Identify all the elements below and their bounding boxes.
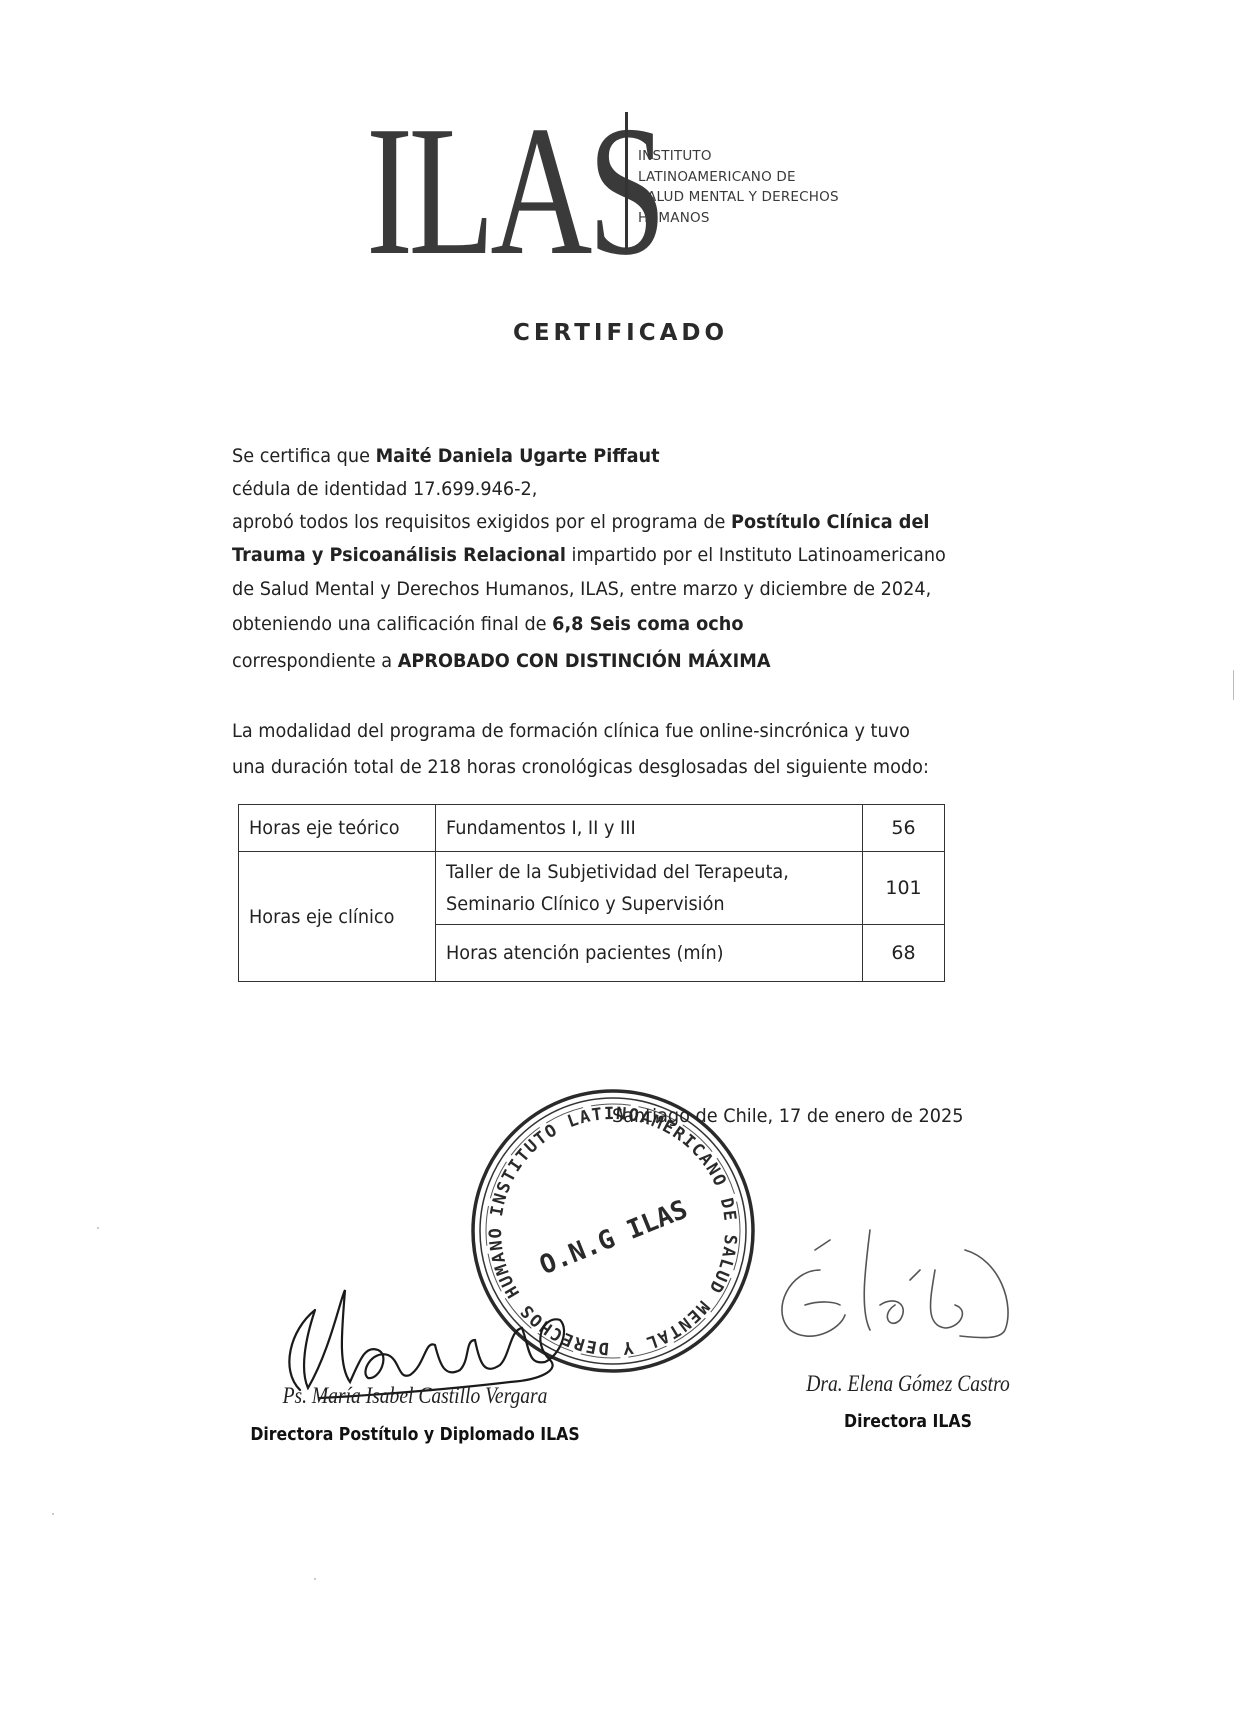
logo-subtitle-line: HUMANOS: [638, 208, 839, 229]
signature-left-icon: [260, 1270, 590, 1400]
scan-speck: [1233, 670, 1234, 700]
signatory-role-left: Directora Postítulo y Diplomado ILAS: [217, 1425, 613, 1445]
body-line-modality: La modalidad del programa de formación c…: [232, 720, 910, 742]
table-row: Horas eje clínico Taller de la Subjetivi…: [239, 852, 945, 925]
axis-cell: Horas eje clínico: [239, 852, 436, 982]
text: La modalidad del programa de formación c…: [232, 720, 910, 742]
text: impartido por el Instituto Latinoamerica…: [566, 544, 946, 566]
logo-subtitle-line: SALUD MENTAL Y DERECHOS: [638, 187, 839, 208]
activity-cell: Taller de la Subjetividad del Terapeuta,…: [436, 852, 863, 925]
body-line-institution: de Salud Mental y Derechos Humanos, ILAS…: [232, 578, 931, 600]
hours-cell: 101: [863, 852, 945, 925]
id-number-text: cédula de identidad 17.699.946-2,: [232, 478, 537, 500]
text: aprobó todos los requisitos exigidos por…: [232, 511, 731, 533]
body-line-certifies: Se certifica que Maité Daniela Ugarte Pi…: [232, 445, 660, 467]
logo-divider: [625, 112, 628, 249]
activity-cell: Fundamentos I, II y III: [436, 805, 863, 852]
body-line-program: aprobó todos los requisitos exigidos por…: [232, 511, 930, 533]
stamp-center-text: O.N.G ILAS: [536, 1195, 692, 1281]
signatory-role-right: Directora ILAS: [764, 1412, 1052, 1432]
body-line-duration: una duración total de 218 horas cronológ…: [232, 756, 929, 778]
body-line-distinction: correspondiente a APROBADO CON DISTINCIÓ…: [232, 650, 770, 672]
text: una duración total de 218 horas cronológ…: [232, 756, 929, 778]
scan-speck: [52, 1513, 54, 1515]
scan-speck: [314, 1578, 316, 1580]
ilas-logo-mark: ILAS: [366, 98, 662, 284]
axis-cell: Horas eje teórico: [239, 805, 436, 852]
hours-cell: 56: [863, 805, 945, 852]
text: de Salud Mental y Derechos Humanos, ILAS…: [232, 578, 931, 600]
body-line-id: cédula de identidad 17.699.946-2,: [232, 478, 537, 500]
text: Se certifica que: [232, 445, 376, 467]
logo-subtitle-line: LATINOAMERICANO DE: [638, 167, 839, 188]
program-name-part1: Postítulo Clínica del: [731, 511, 929, 533]
student-name: Maité Daniela Ugarte Piffaut: [376, 445, 660, 467]
scan-speck: [97, 1227, 99, 1229]
hours-cell: 68: [863, 925, 945, 982]
body-line-grade: obteniendo una calificación final de 6,8…: [232, 613, 744, 635]
hours-table: Horas eje teórico Fundamentos I, II y II…: [238, 804, 945, 982]
distinction: APROBADO CON DISTINCIÓN MÁXIMA: [398, 650, 771, 672]
text: obteniendo una calificación final de: [232, 613, 552, 635]
signature-right-icon: [760, 1210, 1020, 1360]
activity-cell: Horas atención pacientes (mín): [436, 925, 863, 982]
text: correspondiente a: [232, 650, 398, 672]
place-and-date: Santiago de Chile, 17 de enero de 2025: [612, 1105, 963, 1127]
body-line-program-2: Trauma y Psicoanálisis Relacional impart…: [232, 544, 946, 566]
certificate-title: CERTIFICADO: [0, 320, 1241, 346]
signatory-name-right: Dra. Elena Gómez Castro: [772, 1371, 1044, 1397]
program-name-part2: Trauma y Psicoanálisis Relacional: [232, 544, 566, 566]
table-row: Horas eje teórico Fundamentos I, II y II…: [239, 805, 945, 852]
logo-subtitle-line: INSTITUTO: [638, 146, 839, 167]
logo-subtitle: INSTITUTO LATINOAMERICANO DE SALUD MENTA…: [638, 146, 839, 228]
signatory-name-left: Ps. María Isabel Castillo Vergara: [245, 1383, 585, 1409]
final-grade: 6,8 Seis coma ocho: [552, 613, 743, 635]
